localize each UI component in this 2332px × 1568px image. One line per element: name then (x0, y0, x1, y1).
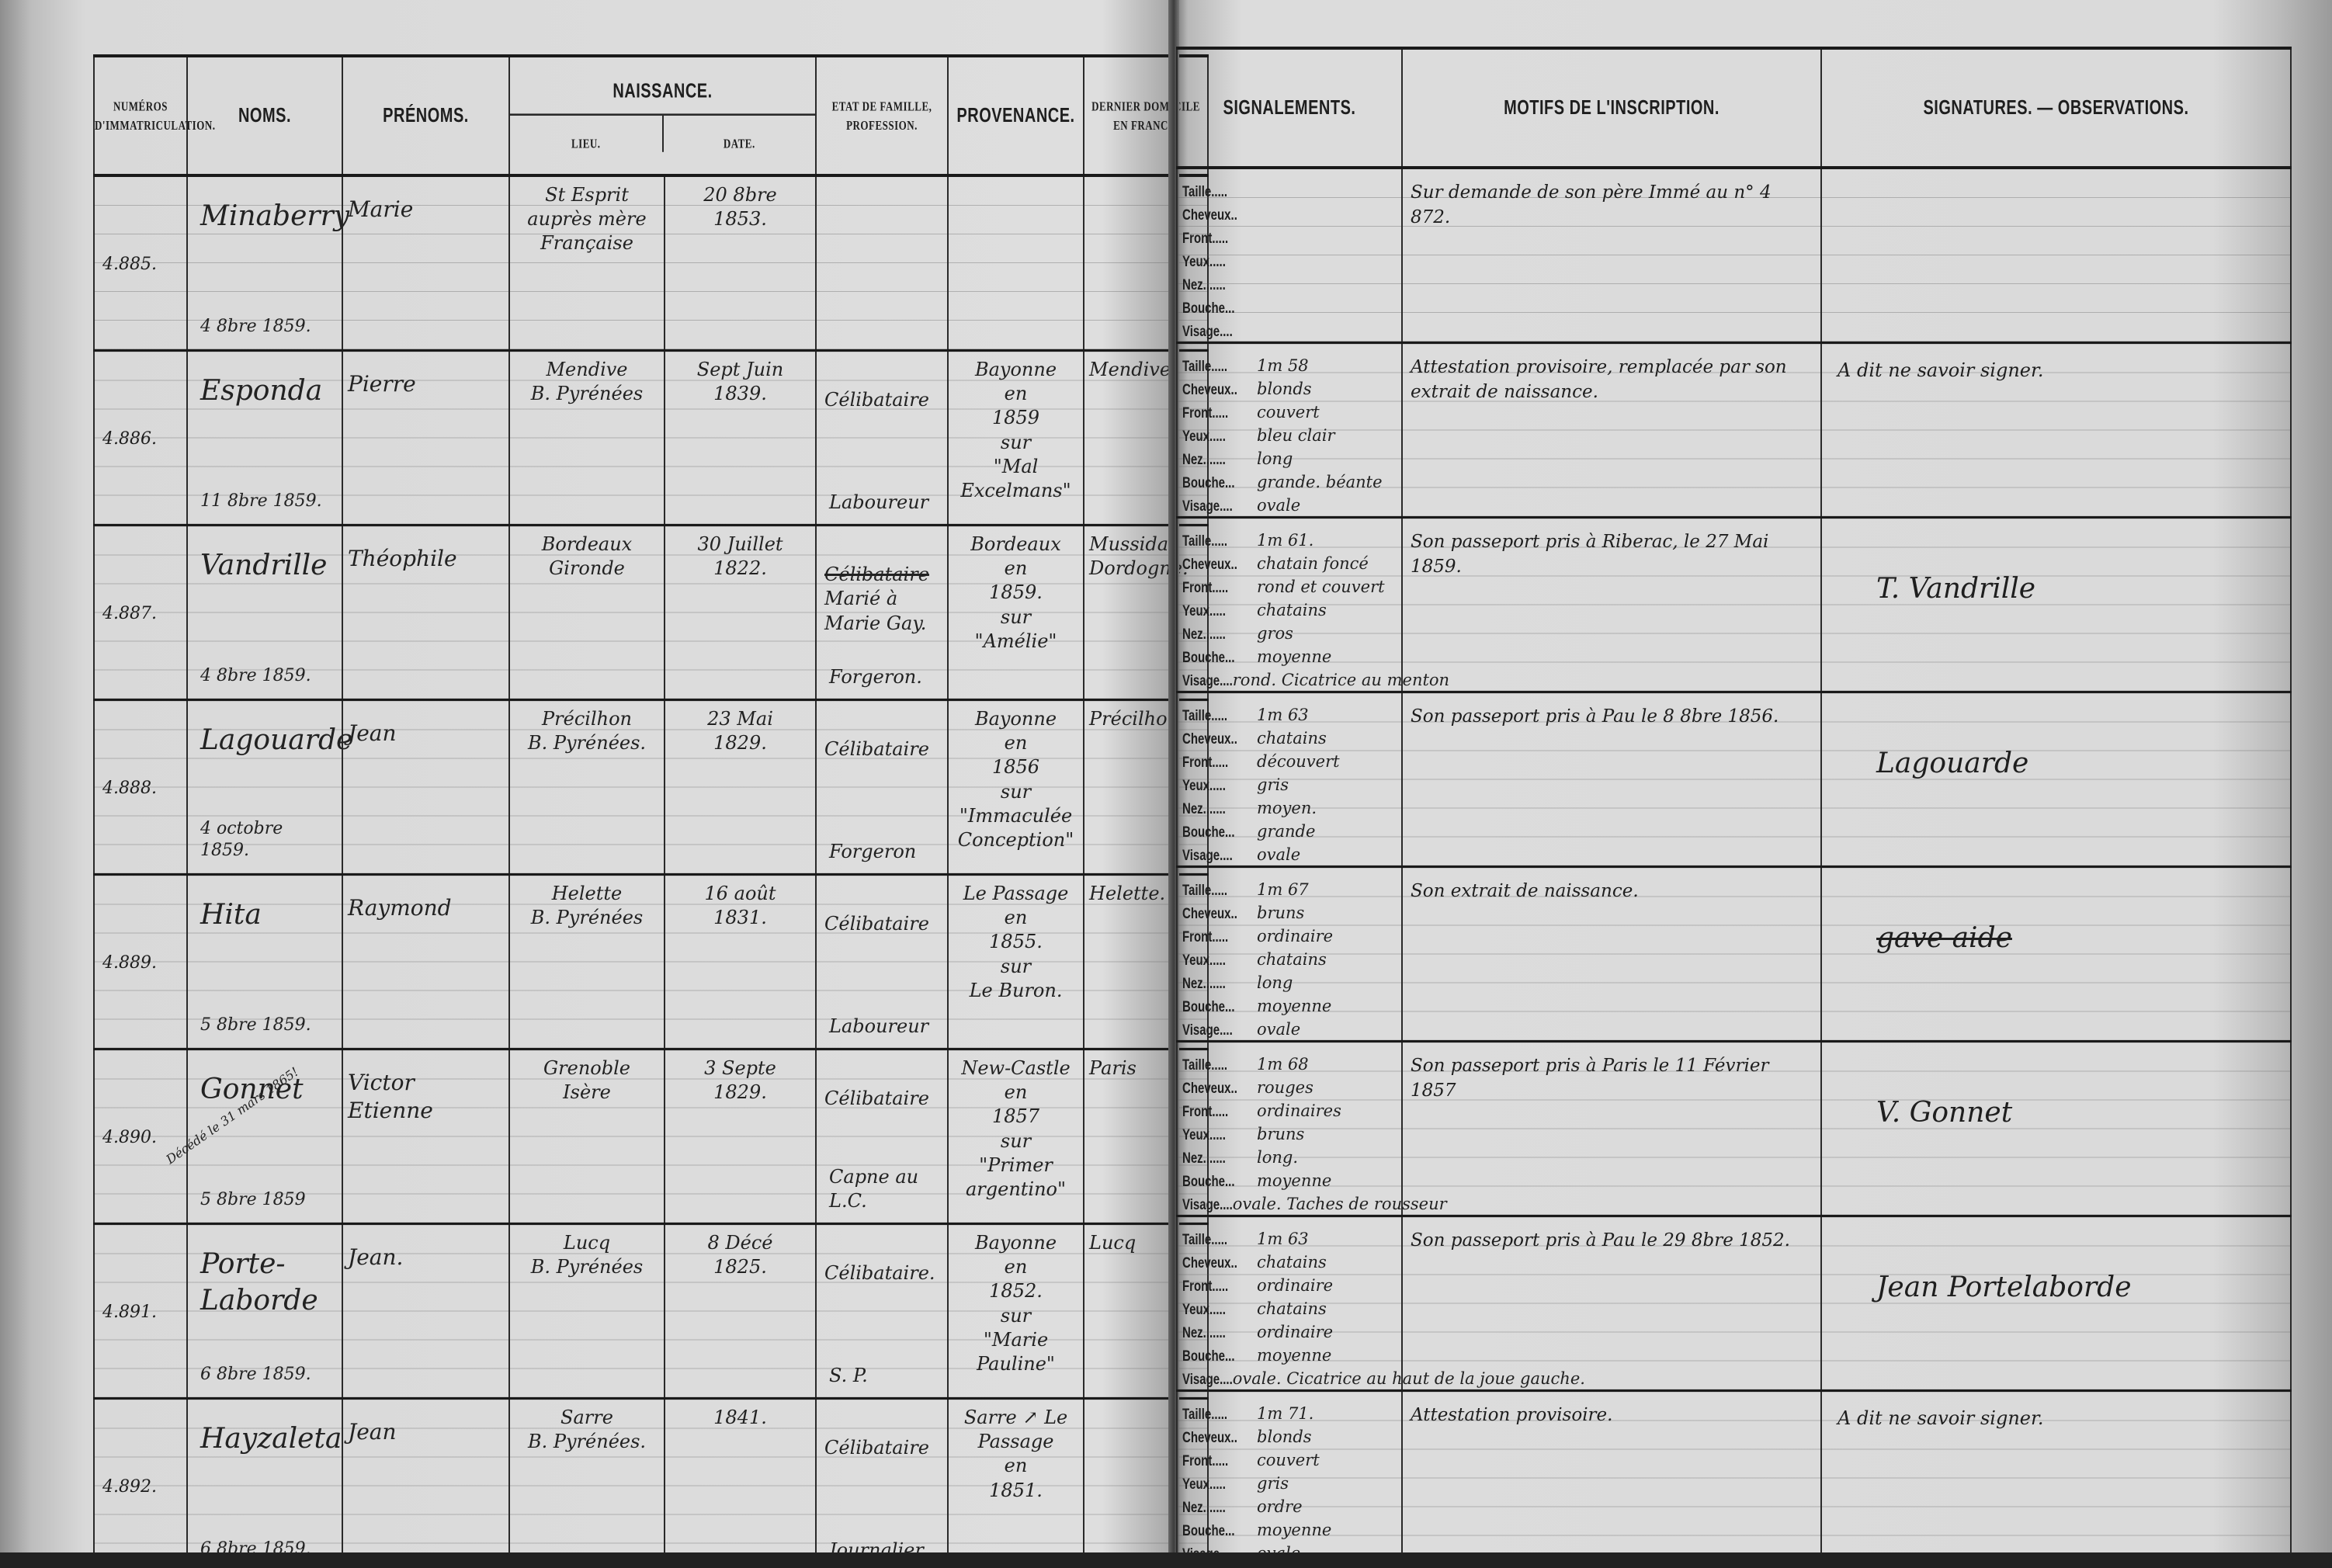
signalement-label: Taille..... (1182, 882, 1257, 899)
surname: Esponda (196, 367, 327, 416)
provenance-cell: Sarre ↗ Le Passage en 1851. (948, 1399, 1084, 1568)
signalement-label: Nez....... (1182, 1150, 1257, 1167)
birth-place: Helette B. Pyrénées (510, 876, 664, 936)
birth-place: Mendive B. Pyrénées (510, 352, 664, 412)
signalement-value: long (1257, 449, 1293, 468)
signalement-list: Taille.....1m 68Cheveux..rougesFront....… (1178, 1042, 1401, 1213)
signalement-value: ovale. Taches de rousseur (1233, 1195, 1447, 1213)
signalement-value: ovale. Cicatrice au haut de la joue gauc… (1233, 1369, 1585, 1388)
nom-cell: Gonnet Décédé le 31 mars 1865! 5 8bre 18… (187, 1049, 342, 1224)
signalement-value: ovale (1257, 496, 1300, 515)
signalement-label: Cheveux.. (1182, 730, 1257, 748)
signalement-value: grande (1257, 822, 1315, 841)
signalement-value: long. (1257, 1148, 1298, 1167)
entry-number: 4.889. (102, 953, 157, 973)
nom-cell: Esponda 11 8bre 1859. (187, 351, 342, 526)
signalement-label: Visage.... (1182, 1022, 1257, 1039)
header-noms: NOMS. (187, 38, 342, 193)
signalement-row: Visage....ovale. Taches de rousseur (1182, 1190, 1398, 1213)
signalement-label: Visage.... (1182, 1371, 1233, 1388)
signalement-value: 1m 61. (1257, 531, 1313, 550)
lieu-cell: Grenoble Isère (509, 1049, 665, 1224)
inscription-date: 5 8bre 1859. (196, 1008, 316, 1043)
signalement-label: Cheveux.. (1182, 556, 1257, 573)
surname: Hita (196, 891, 266, 940)
signalement-label: Nez....... (1182, 800, 1257, 817)
given-names: Raymond (343, 876, 508, 928)
signalement-row: Yeux.....gris (1182, 771, 1398, 794)
open-register-book: NUMÉROS D'IMMATRICULATION. NOMS. PRÉNOMS… (0, 0, 2332, 1552)
signalement-value: bleu clair (1257, 426, 1335, 445)
signalement-row: Cheveux..chatains (1182, 1248, 1398, 1271)
signalement-row: Nez.......ordre (1182, 1493, 1398, 1516)
provenance-cell: New-Castle en 1857 sur "Primer argentino… (948, 1049, 1084, 1224)
signalement-value: 1m 58 (1257, 356, 1309, 375)
motif-cell: Son passeport pris à Riberac, le 27 Mai … (1402, 518, 1821, 692)
header-date: DATE. (664, 115, 816, 151)
signalement-label: Bouche... (1182, 824, 1257, 841)
lieu-cell: Précilhon B. Pyrénées. (509, 700, 665, 875)
provenance: Bayonne en 1859 sur "Mal Excelmans" (949, 352, 1083, 509)
register-entry-row-right: Taille.....1m 61.Cheveux..chatain foncéF… (1177, 518, 2291, 692)
signalement-row: Taille.....1m 58 (1182, 352, 1398, 375)
signalement-label: Yeux..... (1182, 952, 1257, 969)
signalement-row: Taille.....1m 68 (1182, 1050, 1398, 1074)
signalement-cell: Taille.....1m 68Cheveux..rougesFront....… (1177, 1042, 1402, 1216)
observation-cell: Jean Portelaborde (1821, 1216, 2291, 1391)
date-cell: 30 Juillet 1822. (665, 526, 816, 700)
signalement-value: ordinaire (1257, 1323, 1333, 1341)
inscription-motive: Attestation provisoire, remplacée par so… (1403, 344, 1820, 415)
provenance: New-Castle en 1857 sur "Primer argentino… (949, 1050, 1083, 1208)
signalement-value: ordinaires (1257, 1101, 1341, 1120)
signalement-row: Nez.......long (1182, 969, 1398, 992)
signalement-label: Nez....... (1182, 451, 1257, 468)
register-entry-row: 4.886. Esponda 11 8bre 1859. Pierre Mend… (94, 351, 1208, 526)
surname: Lagouarde (196, 716, 357, 765)
date-cell: 3 Septe 1829. (665, 1049, 816, 1224)
surname: Hayzaleta (196, 1415, 346, 1464)
signalement-value: rond. Cicatrice au menton (1233, 671, 1449, 689)
motif-cell: Attestation provisoire. (1402, 1391, 1821, 1566)
signalement-label: Taille..... (1182, 183, 1257, 200)
signalement-value: gris (1257, 775, 1289, 794)
given-names: Jean (343, 1400, 508, 1452)
signature-observation: T. Vandrille (1822, 519, 2290, 620)
provenance-cell: Bayonne en 1856 sur "Immaculée Conceptio… (948, 700, 1084, 875)
etat-cell: Célibataire Capne au L.C. (816, 1049, 948, 1224)
signalement-row: Front.....rond et couvert (1182, 573, 1398, 596)
signalement-label: Yeux..... (1182, 1301, 1257, 1318)
signalement-label: Front..... (1182, 1452, 1257, 1469)
prenoms-cell: Raymond (342, 875, 509, 1049)
numero-cell: 4.890. (94, 1049, 187, 1224)
provenance: Le Passage en 1855. sur Le Buron. (949, 876, 1083, 1009)
inscription-date: 4 octobre 1859. (196, 812, 342, 869)
signature-observation: Lagouarde (1822, 693, 2290, 795)
etat-cell: Célibataire Forgeron (816, 700, 948, 875)
numero-cell: 4.891. (94, 1224, 187, 1399)
motif-cell: Attestation provisoire, remplacée par so… (1402, 343, 1821, 518)
date-cell: Sept Juin 1839. (665, 351, 816, 526)
signalement-list: Taille.....1m 58Cheveux..blondsFront....… (1178, 344, 1401, 515)
profession: Capne au L.C. (824, 1159, 947, 1219)
given-names: Pierre (343, 352, 508, 404)
birth-date: 3 Septe 1829. (665, 1050, 815, 1111)
signalement-row: Nez.......long. (1182, 1143, 1398, 1167)
signalement-label: Visage.... (1182, 498, 1257, 515)
provenance-cell: Bayonne en 1852. sur "Marie Pauline" (948, 1224, 1084, 1399)
signalement-label: Cheveux.. (1182, 905, 1257, 922)
signalement-value: rond et couvert (1257, 578, 1385, 596)
prenoms-cell: Marie (342, 175, 509, 351)
signalement-value: moyenne (1257, 647, 1331, 666)
observation-cell: A dit ne savoir signer. (1821, 343, 2291, 518)
signalement-row: Bouche...moyenne (1182, 992, 1398, 1015)
observation-cell (1821, 168, 2291, 343)
signalement-label: Nez....... (1182, 626, 1257, 643)
profession: Forgeron (824, 834, 921, 870)
provenance-cell: Bayonne en 1859 sur "Mal Excelmans" (948, 351, 1084, 526)
birth-place: Précilhon B. Pyrénées. (510, 701, 664, 761)
given-names: Jean (343, 701, 508, 754)
prenoms-cell: Jean. (342, 1224, 509, 1399)
date-cell: 20 8bre 1853. (665, 175, 816, 351)
signalement-label: Yeux..... (1182, 602, 1257, 619)
marital-status-text: Célibataire (824, 564, 929, 585)
signalement-label: Bouche... (1182, 1348, 1257, 1365)
signalement-cell: Taille.....1m 67Cheveux..brunsFront.....… (1177, 867, 1402, 1042)
motif-cell: Son extrait de naissance. (1402, 867, 1821, 1042)
entry-number: 4.890. (102, 1128, 157, 1147)
signalement-value: chatains (1257, 1299, 1327, 1318)
prenoms-cell: Jean (342, 1399, 509, 1568)
marital-status: Célibataire (820, 1056, 934, 1142)
signalement-row: Cheveux..chatain foncé (1182, 550, 1398, 573)
numero-cell: 4.892. (94, 1399, 187, 1568)
signalement-row: Cheveux.. (1182, 200, 1398, 224)
signalement-label: Bouche... (1182, 474, 1257, 491)
signalement-value: moyenne (1257, 1171, 1331, 1190)
marital-status: Célibataire (820, 882, 934, 967)
signalement-cell: Taille.....1m 63Cheveux..chatainsFront..… (1177, 1216, 1402, 1391)
signalement-label: Front..... (1182, 230, 1257, 247)
register-entry-row: 4.885. Minaberry 4 8bre 1859. Marie St E… (94, 175, 1208, 351)
register-entry-row-right: Taille.....1m 68Cheveux..rougesFront....… (1177, 1042, 2291, 1216)
register-entry-row-right: Taille.....Cheveux..Front.....Yeux.....N… (1177, 168, 2291, 343)
signalement-value: moyenne (1257, 1521, 1331, 1539)
signature-observation: gave aide (1822, 868, 2290, 970)
header-signatures-observations: SIGNATURES. — OBSERVATIONS. (1821, 30, 2291, 186)
signalement-value: blonds (1257, 380, 1312, 398)
surname: Vandrille (196, 542, 331, 591)
birth-date: 23 Mai 1829. (665, 701, 815, 761)
prenoms-cell: Victor Etienne (342, 1049, 509, 1224)
signalement-row: Cheveux..chatains (1182, 724, 1398, 748)
signalement-value: long (1257, 973, 1293, 992)
date-cell: 8 Décé 1825. (665, 1224, 816, 1399)
signalement-value: bruns (1257, 904, 1304, 922)
signalement-label: Visage.... (1182, 847, 1257, 864)
motif-cell: Son passeport pris à Pau le 29 8bre 1852… (1402, 1216, 1821, 1391)
birth-place: Lucq B. Pyrénées (510, 1225, 664, 1285)
right-register-table: SIGNALEMENTS. MOTIFS DE L'INSCRIPTION. S… (1176, 47, 2292, 1566)
date-cell: 1841. (665, 1399, 816, 1568)
observation-cell: Lagouarde (1821, 692, 2291, 867)
entry-number: 4.891. (102, 1303, 157, 1322)
signalement-label: Front..... (1182, 1103, 1257, 1120)
signalement-label: Front..... (1182, 404, 1257, 421)
numero-cell: 4.885. (94, 175, 187, 351)
signalement-label: Bouche... (1182, 1522, 1257, 1539)
marital-status-text: Célibataire. (824, 1262, 935, 1284)
signalement-row: Visage....rond. Cicatrice au menton (1182, 666, 1398, 689)
marital-status: Célibataire. (820, 1231, 940, 1316)
signalement-value: ordinaire (1257, 1276, 1333, 1295)
signalement-value: moyenne (1257, 1346, 1331, 1365)
entry-number: 4.892. (102, 1477, 157, 1497)
marital-status: Célibataire Marié à Marie Gay. (820, 532, 934, 666)
signalement-row: Bouche...moyenne (1182, 1167, 1398, 1190)
signalement-label: Yeux..... (1182, 1476, 1257, 1493)
signalement-cell: Taille.....1m 63Cheveux..chatainsFront..… (1177, 692, 1402, 867)
etat-cell: Célibataire. S. P. (816, 1224, 948, 1399)
header-provenance: PROVENANCE. (948, 38, 1084, 193)
signalement-list: Taille.....1m 67Cheveux..brunsFront.....… (1178, 868, 1401, 1039)
signalement-label: Front..... (1182, 579, 1257, 596)
lieu-cell: Helette B. Pyrénées (509, 875, 665, 1049)
signalement-row: Bouche... (1182, 293, 1398, 317)
signalement-row: Front.....couvert (1182, 398, 1398, 421)
signature-observation: V. Gonnet (1822, 1042, 2290, 1144)
signalement-label: Nez....... (1182, 276, 1257, 293)
inscription-date: 6 8bre 1859. (196, 1358, 316, 1393)
signalement-value: grande. béante (1257, 473, 1383, 491)
signalement-label: Cheveux.. (1182, 1429, 1257, 1446)
numero-cell: 4.887. (94, 526, 187, 700)
signalement-row: Visage....ovale (1182, 841, 1398, 864)
header-motifs: MOTIFS DE L'INSCRIPTION. (1402, 30, 1821, 186)
profession: Laboureur (824, 1008, 933, 1045)
signalement-row: Yeux.....bruns (1182, 1120, 1398, 1143)
signalement-label: Bouche... (1182, 998, 1257, 1015)
marital-status-text: Célibataire (824, 1437, 929, 1459)
signalement-row: Nez.......gros (1182, 619, 1398, 643)
register-entry-row-right: Taille.....1m 63Cheveux..chatainsFront..… (1177, 692, 2291, 867)
left-page: NUMÉROS D'IMMATRICULATION. NOMS. PRÉNOMS… (31, 0, 1172, 1552)
signalement-row: Yeux.....gris (1182, 1469, 1398, 1493)
register-entry-row-right: Taille.....1m 67Cheveux..brunsFront.....… (1177, 867, 2291, 1042)
signalement-row: Front.....découvert (1182, 748, 1398, 771)
inscription-motive: Son passeport pris à Riberac, le 27 Mai … (1403, 519, 1820, 590)
marital-status (820, 183, 829, 269)
signalement-row: Taille.....1m 67 (1182, 876, 1398, 899)
etat-cell (816, 175, 948, 351)
signalement-row: Visage....ovale (1182, 491, 1398, 515)
signalement-cell: Taille.....Cheveux..Front.....Yeux.....N… (1177, 168, 1402, 343)
signalement-row: Yeux.....chatains (1182, 1295, 1398, 1318)
signalement-value: 1m 71. (1257, 1404, 1313, 1423)
signalement-row: Nez.......ordinaire (1182, 1318, 1398, 1341)
signalement-row: Taille.....1m 63 (1182, 1225, 1398, 1248)
signature-observation: A dit ne savoir signer. (1822, 1392, 2290, 1445)
profession: Forgeron. (824, 659, 927, 696)
observation-cell: V. Gonnet (1821, 1042, 2291, 1216)
signalement-value: 1m 68 (1257, 1055, 1309, 1074)
signalement-value: couvert (1257, 403, 1320, 421)
register-entry-row-right: Taille.....1m 71.Cheveux..blondsFront...… (1177, 1391, 2291, 1566)
surname: Minaberry (196, 193, 354, 241)
signalement-value: chatains (1257, 729, 1327, 748)
signalement-label: Cheveux.. (1182, 1080, 1257, 1097)
signalement-row: Visage....ovale (1182, 1015, 1398, 1039)
marital-status-note: Marié à Marie Gay. (824, 587, 929, 635)
signalement-value: découvert (1257, 752, 1340, 771)
observation-cell: T. Vandrille (1821, 518, 2291, 692)
signalement-row: Visage.... (1182, 317, 1398, 340)
signalement-label: Nez....... (1182, 1499, 1257, 1516)
signalement-row: Bouche...grande. béante (1182, 468, 1398, 491)
entry-number: 4.888. (102, 779, 157, 798)
register-entry-row: 4.891. Porte-Laborde 6 8bre 1859. Jean. … (94, 1224, 1208, 1399)
signalement-row: Taille.....1m 61. (1182, 526, 1398, 550)
signalement-row: Bouche...moyenne (1182, 643, 1398, 666)
prenoms-cell: Jean (342, 700, 509, 875)
signalement-list: Taille.....1m 63Cheveux..chatainsFront..… (1178, 693, 1401, 864)
signalement-label: Nez....... (1182, 1324, 1257, 1341)
signalement-value: chatains (1257, 1253, 1327, 1271)
signalement-value: gros (1257, 624, 1293, 643)
signalement-value: 1m 63 (1257, 706, 1309, 724)
surname: Porte-Laborde (196, 1240, 342, 1326)
nom-cell: Hayzaleta 6 8bre 1859. (187, 1399, 342, 1568)
etat-cell: Célibataire Laboureur (816, 351, 948, 526)
birth-date: 1841. (665, 1400, 815, 1436)
marital-status: Célibataire (820, 707, 934, 793)
inscription-motive: Son passeport pris à Pau le 29 8bre 1852… (1403, 1217, 1820, 1264)
nom-cell: Lagouarde 4 octobre 1859. (187, 700, 342, 875)
signalement-row: Nez....... (1182, 270, 1398, 293)
lieu-cell: Mendive B. Pyrénées (509, 351, 665, 526)
signalement-row: Nez.......long (1182, 445, 1398, 468)
signalement-value: couvert (1257, 1451, 1320, 1469)
register-entry-row: 4.890. Gonnet Décédé le 31 mars 1865! 5 … (94, 1049, 1208, 1224)
signalement-row: Front.....ordinaire (1182, 922, 1398, 945)
inscription-date: 11 8bre 1859. (196, 484, 327, 519)
header-naissance-title: NAISSANCE. (510, 80, 815, 116)
numero-cell: 4.889. (94, 875, 187, 1049)
right-page: SIGNALEMENTS. MOTIFS DE L'INSCRIPTION. S… (1176, 0, 2294, 1552)
nom-cell: Minaberry 4 8bre 1859. (187, 175, 342, 351)
signalement-row: Cheveux..blonds (1182, 1423, 1398, 1446)
signalement-row: Cheveux..bruns (1182, 899, 1398, 922)
lieu-cell: Sarre B. Pyrénées. (509, 1399, 665, 1568)
inscription-motive: Son passeport pris à Paris le 11 Février… (1403, 1042, 1820, 1114)
birth-date: 8 Décé 1825. (665, 1225, 815, 1285)
prenoms-cell: Théophile (342, 526, 509, 700)
signalement-row: Yeux..... (1182, 247, 1398, 270)
signalement-row: Yeux.....chatains (1182, 596, 1398, 619)
header-naissance: NAISSANCE. LIEU. DATE. (509, 38, 816, 193)
signalement-row: Yeux.....bleu clair (1182, 421, 1398, 445)
provenance: Bayonne en 1856 sur "Immaculée Conceptio… (949, 701, 1083, 859)
given-names: Victor Etienne (343, 1050, 508, 1132)
inscription-motive: Son passeport pris à Pau le 8 8bre 1856. (1403, 693, 1820, 740)
header-numeros: NUMÉROS D'IMMATRICULATION. (94, 38, 187, 193)
signalement-row: Yeux.....chatains (1182, 945, 1398, 969)
profession (824, 334, 834, 346)
marital-status: Célibataire (820, 1406, 934, 1491)
etat-cell: Célibataire Laboureur (816, 875, 948, 1049)
register-entry-row: 4.892. Hayzaleta 6 8bre 1859. Jean Sarre… (94, 1399, 1208, 1568)
date-cell: 16 août 1831. (665, 875, 816, 1049)
marital-status-text: Célibataire (824, 389, 929, 411)
profession: Laboureur (824, 484, 933, 521)
observation-cell: A dit ne savoir signer. (1821, 1391, 2291, 1566)
lieu-cell: Bordeaux Gironde (509, 526, 665, 700)
marital-status-text: Célibataire (824, 738, 929, 760)
birth-date: Sept Juin 1839. (665, 352, 815, 412)
signalement-value: ordinaire (1257, 927, 1333, 945)
provenance: Bordeaux en 1859. sur "Amélie" (949, 526, 1083, 660)
signalement-value: ordre (1257, 1497, 1303, 1516)
signalement-label: Yeux..... (1182, 253, 1257, 270)
signalement-label: Cheveux.. (1182, 381, 1257, 398)
inscription-date: 4 8bre 1859. (196, 310, 316, 345)
numero-cell: 4.888. (94, 700, 187, 875)
provenance-cell (948, 175, 1084, 351)
signalement-cell: Taille.....1m 71.Cheveux..blondsFront...… (1177, 1391, 1402, 1566)
nom-cell: Hita 5 8bre 1859. (187, 875, 342, 1049)
signalement-row: Bouche...moyenne (1182, 1516, 1398, 1539)
signalement-label: Visage.... (1182, 1196, 1233, 1213)
numero-cell: 4.886. (94, 351, 187, 526)
entry-number: 4.885. (102, 255, 157, 274)
signalement-row: Visage....ovale. Cicatrice au haut de la… (1182, 1365, 1398, 1388)
signalement-list: Taille.....1m 63Cheveux..chatainsFront..… (1178, 1217, 1401, 1388)
signalement-label: Bouche... (1182, 1173, 1257, 1190)
signalement-label: Front..... (1182, 1278, 1257, 1295)
signalement-label: Taille..... (1182, 1231, 1257, 1248)
signalement-value: bruns (1257, 1125, 1304, 1143)
inscription-date: 4 8bre 1859. (196, 659, 316, 694)
signalement-list: Taille.....1m 61.Cheveux..chatain foncéF… (1178, 519, 1401, 689)
nom-cell: Porte-Laborde 6 8bre 1859. (187, 1224, 342, 1399)
header-etat: ETAT DE FAMILLE, PROFESSION. (816, 38, 948, 193)
provenance-cell: Le Passage en 1855. sur Le Buron. (948, 875, 1084, 1049)
table-surface (0, 1552, 2332, 1568)
signalement-label: Yeux..... (1182, 777, 1257, 794)
signalement-label: Yeux..... (1182, 428, 1257, 445)
register-entry-row-right: Taille.....1m 63Cheveux..chatainsFront..… (1177, 1216, 2291, 1391)
lieu-cell: Lucq B. Pyrénées (509, 1224, 665, 1399)
provenance: Sarre ↗ Le Passage en 1851. (949, 1400, 1083, 1509)
signalement-label: Front..... (1182, 754, 1257, 771)
signalement-label: Taille..... (1182, 707, 1257, 724)
birth-place: Grenoble Isère (510, 1050, 664, 1111)
signalement-value: moyen. (1257, 799, 1317, 817)
left-register-table: NUMÉROS D'IMMATRICULATION. NOMS. PRÉNOMS… (93, 54, 1209, 1568)
header-lieu: LIEU. (510, 115, 664, 151)
provenance-cell: Bordeaux en 1859. sur "Amélie" (948, 526, 1084, 700)
etat-cell: Célibataire Journalier (816, 1399, 948, 1568)
signalement-value: chatains (1257, 601, 1327, 619)
signalement-label: Visage.... (1182, 323, 1257, 340)
signalement-label: Nez....... (1182, 975, 1257, 992)
profession: S. P. (824, 1358, 873, 1394)
motif-cell: Sur demande de son père Immé au n° 4 872… (1402, 168, 1821, 343)
signalement-value: 1m 63 (1257, 1230, 1309, 1248)
